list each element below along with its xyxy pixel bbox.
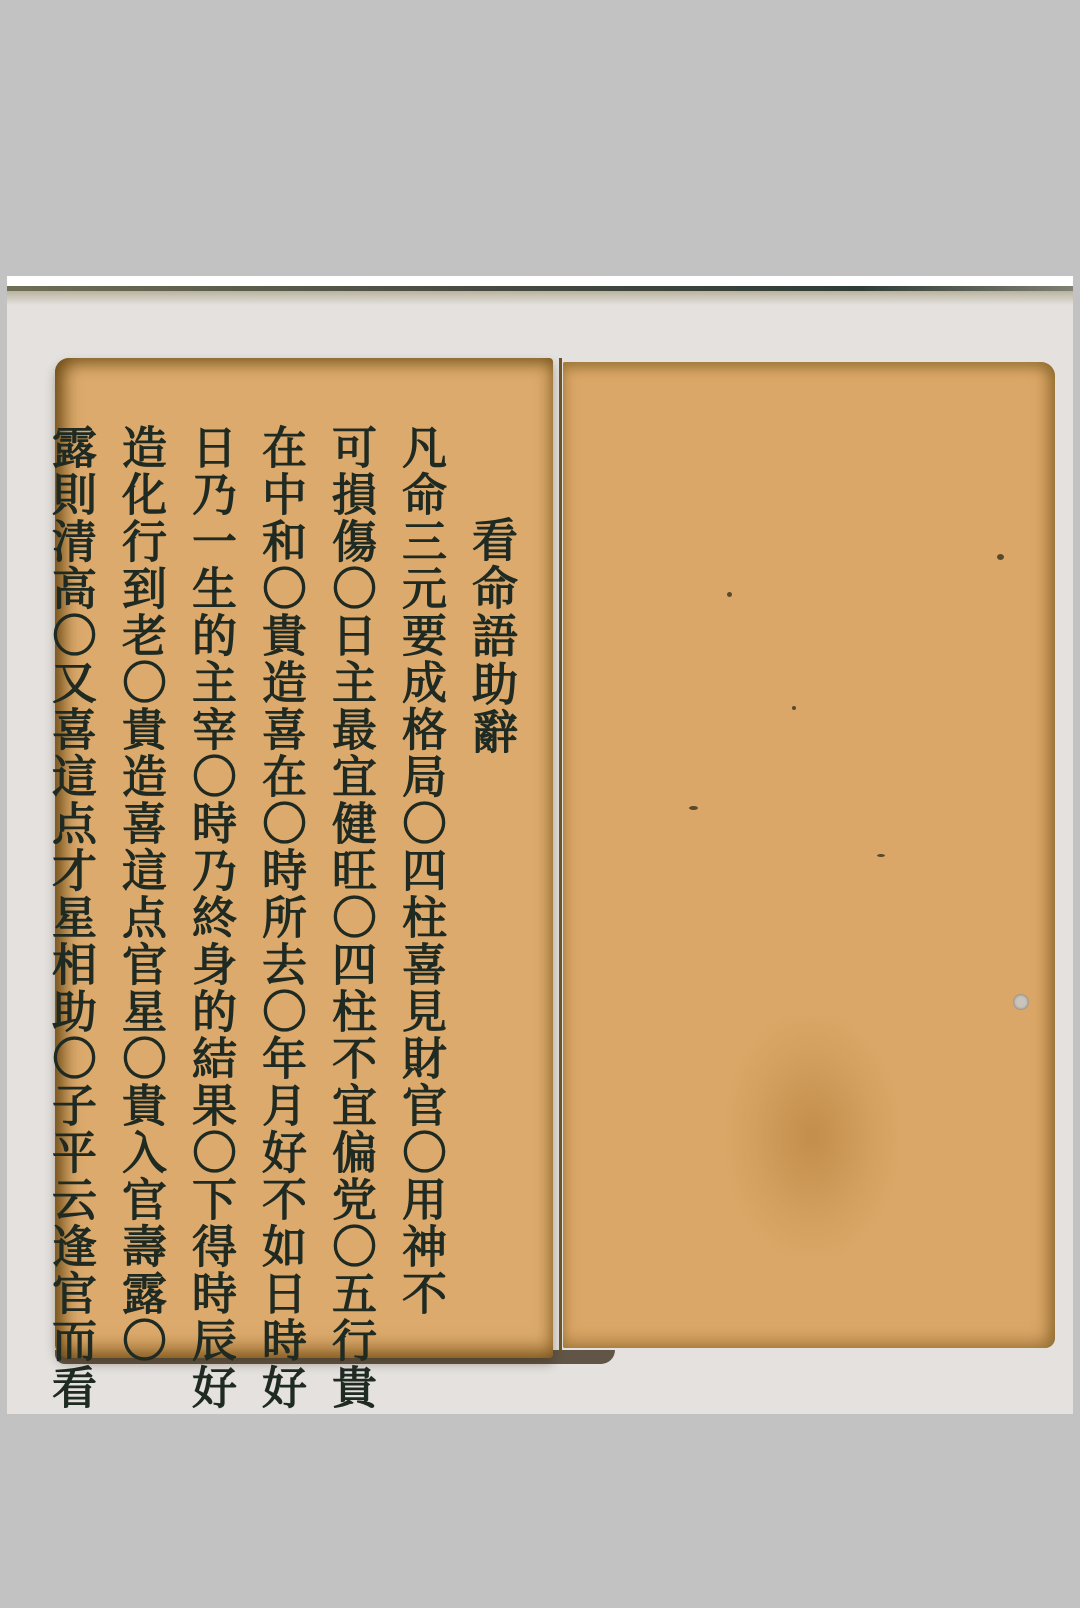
text-column-2: 可損傷〇日主最宜健旺〇四柱不宜偏党〇五行貴 bbox=[315, 424, 385, 1344]
text-column-3: 在中和〇貴造喜在〇時所去〇年月好不如日時好 bbox=[245, 424, 315, 1344]
text-column-5: 造化行到老〇貴造喜這点官星〇貴入官壽露〇 bbox=[105, 424, 175, 1344]
ink-spot bbox=[997, 554, 1004, 560]
text-column-4: 日乃一生的主宰〇時乃終身的結果〇下得時辰好 bbox=[175, 424, 245, 1344]
text-column-1: 凡命三元要成格局〇四柱喜見財官〇用神不 bbox=[385, 424, 455, 1344]
page-gutter bbox=[559, 358, 562, 1354]
text-column-6: 露則清高〇又喜這点才星相助〇子平云逢官而看 bbox=[35, 424, 105, 1344]
scan-top-border bbox=[7, 276, 1073, 286]
ink-spot bbox=[792, 706, 796, 710]
book-top-shadow bbox=[7, 291, 1073, 305]
ink-spot bbox=[689, 806, 698, 810]
paper-stain bbox=[727, 1016, 897, 1256]
ink-spot bbox=[727, 592, 732, 597]
scanned-image: 看命語助辭 凡命三元要成格局〇四柱喜見財官〇用神不 可損傷〇日主最宜健旺〇四柱不… bbox=[7, 276, 1073, 1414]
ink-spot bbox=[877, 854, 885, 857]
paper-hole bbox=[1013, 994, 1029, 1010]
document-title: 看命語助辭 bbox=[457, 516, 527, 1344]
manuscript-text: 看命語助辭 凡命三元要成格局〇四柱喜見財官〇用神不 可損傷〇日主最宜健旺〇四柱不… bbox=[71, 424, 531, 1344]
